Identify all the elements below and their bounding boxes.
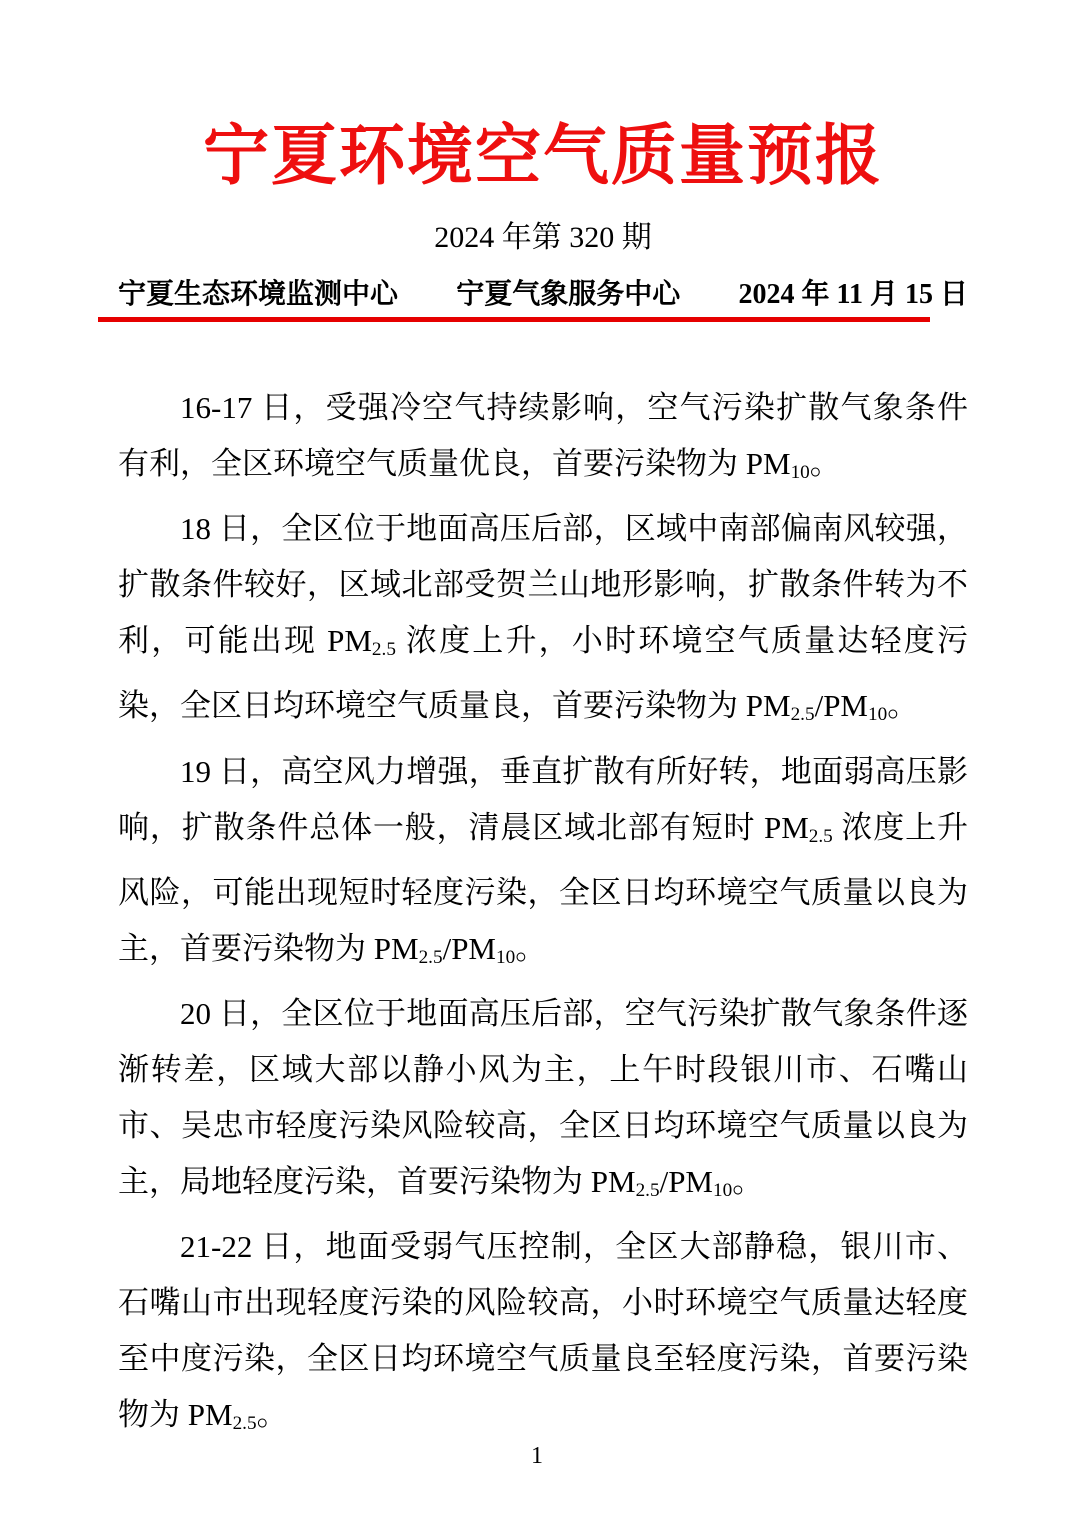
document-page: 宁夏环境空气质量预报 2024 年第 320 期 宁夏生态环境监测中心 宁夏气象… bbox=[0, 0, 1074, 1520]
pollutant-subscript: 2.5 bbox=[233, 1414, 257, 1435]
forecast-paragraph: 19 日，高空风力增强，垂直扩散有所好转，地面弱高压影响，扩散条件总体一般，清晨… bbox=[118, 744, 968, 986]
pollutant-subscript: 10 bbox=[868, 705, 887, 726]
pollutant-subscript: 2.5 bbox=[636, 1180, 660, 1201]
pollutant-subscript: 2.5 bbox=[809, 826, 833, 847]
pollutant-subscript: 10 bbox=[791, 462, 810, 483]
forecast-paragraph: 18 日，全区位于地面高压后部，区域中南部偏南风较强，扩散条件较好，区域北部受贺… bbox=[118, 501, 968, 743]
document-body: 16-17 日，受强冷空气持续影响，空气污染扩散气象条件有利，全区环境空气质量优… bbox=[118, 380, 968, 1453]
paragraph-text: 21-22 日，地面受弱气压控制，全区大部静稳，银川市、石嘴山市出现轻度污染的风… bbox=[118, 1229, 968, 1432]
paragraph-text: 。 bbox=[732, 1164, 763, 1199]
red-rule-divider bbox=[98, 317, 930, 322]
issue-number: 2024 年第 320 期 bbox=[118, 220, 968, 256]
paragraph-text: /PM bbox=[443, 931, 496, 966]
pollutant-subscript: 10 bbox=[496, 947, 515, 968]
org-name-left: 宁夏生态环境监测中心 bbox=[118, 278, 398, 312]
org-name-center: 宁夏气象服务中心 bbox=[456, 278, 680, 312]
page-title: 宁夏环境空气质量预报 bbox=[118, 116, 968, 198]
forecast-paragraph: 20 日，全区位于地面高压后部，空气污染扩散气象条件逐渐转差，区域大部以静小风为… bbox=[118, 986, 968, 1219]
pollutant-subscript: 2.5 bbox=[791, 705, 815, 726]
page-number: 1 bbox=[0, 1442, 1074, 1470]
header-org-row: 宁夏生态环境监测中心 宁夏气象服务中心 2024 年 11 月 15 日 bbox=[118, 278, 968, 312]
publish-date: 2024 年 11 月 15 日 bbox=[739, 278, 968, 312]
pollutant-subscript: 2.5 bbox=[419, 947, 443, 968]
paragraph-text: 。 bbox=[257, 1397, 288, 1432]
pollutant-subscript: 2.5 bbox=[372, 639, 396, 660]
paragraph-text: 。 bbox=[515, 931, 546, 966]
paragraph-text: 。 bbox=[887, 688, 918, 723]
paragraph-text: 。 bbox=[810, 446, 841, 481]
forecast-paragraph: 16-17 日，受强冷空气持续影响，空气污染扩散气象条件有利，全区环境空气质量优… bbox=[118, 380, 968, 501]
paragraph-text: 20 日，全区位于地面高压后部，空气污染扩散气象条件逐渐转差，区域大部以静小风为… bbox=[118, 996, 968, 1199]
paragraph-text: /PM bbox=[815, 688, 868, 723]
paragraph-text: /PM bbox=[660, 1164, 713, 1199]
forecast-paragraph: 21-22 日，地面受弱气压控制，全区大部静稳，银川市、石嘴山市出现轻度污染的风… bbox=[118, 1219, 968, 1452]
pollutant-subscript: 10 bbox=[713, 1180, 732, 1201]
